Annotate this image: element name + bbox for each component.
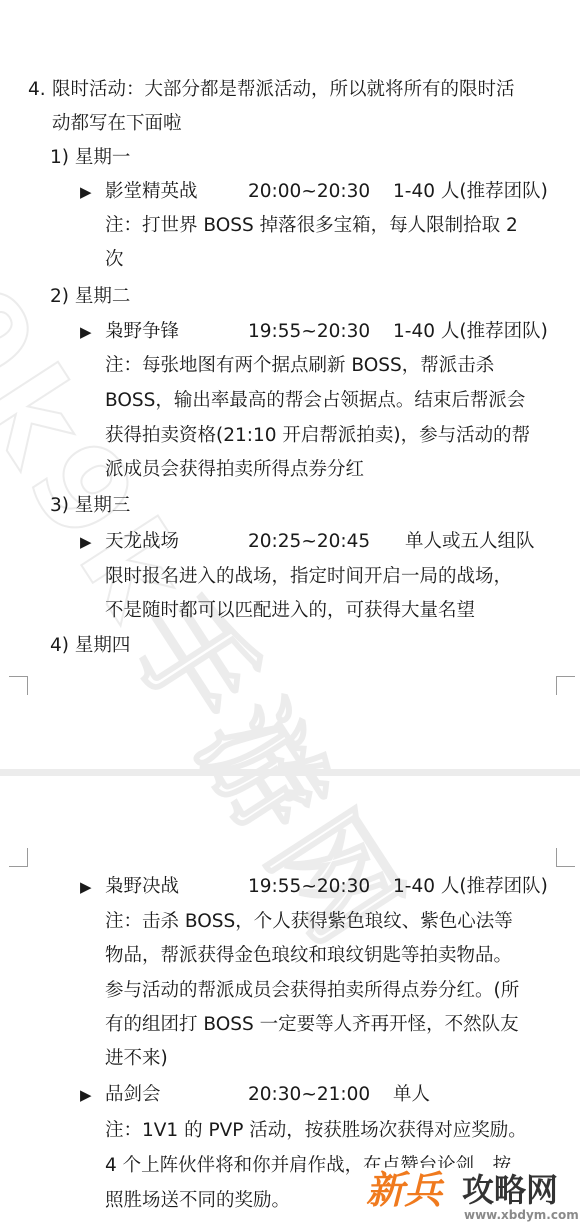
section-title-line1: 限时活动：大部分都是帮派活动，所以就将所有的限时活 [52, 78, 515, 102]
event-time: 19:55~20:30 [248, 875, 370, 899]
bullet-icon: ▶ [80, 180, 92, 204]
day-label-wednesday: 3) 星期三 [50, 494, 130, 518]
event-note-line: 注：打世界 BOSS 掉落很多宝箱，每人限制拾取 2 [105, 214, 518, 238]
logo-orange-text: 新兵 [366, 1168, 442, 1212]
event-note-line: 注：1V1 的 PVP 活动，按获胜场次获得对应奖励。 [105, 1119, 527, 1143]
event-time: 20:25~20:45 [248, 530, 370, 554]
day-label-monday: 1) 星期一 [50, 146, 130, 170]
section-title-line2: 动都写在下面啦 [52, 112, 182, 136]
event-note-line: 限时报名进入的战场，指定时间开启一局的战场， [105, 565, 512, 589]
page-corner-mark [556, 848, 575, 867]
event-players: 单人 [393, 1083, 430, 1107]
event-note-line: 派成员会获得拍卖所得点券分红 [105, 458, 364, 482]
page-corner-mark [9, 848, 28, 867]
event-note-line: 注：击杀 BOSS，个人获得紫色琅纹、紫色心法等 [105, 910, 513, 934]
day-label-thursday: 4) 星期四 [50, 634, 130, 658]
page-corner-mark [9, 676, 28, 695]
event-note-line: 照胜场送不同的奖励。 [105, 1189, 290, 1213]
event-players: 1-40 人(推荐团队) [393, 875, 548, 899]
event-time: 20:30~21:00 [248, 1083, 370, 1107]
day-label-tuesday: 2) 星期二 [50, 285, 130, 309]
event-players: 1-40 人(推荐团队) [393, 180, 548, 204]
event-name: 影堂精英战 [105, 180, 198, 204]
logo-dark-text: 攻略网 [462, 1168, 558, 1212]
event-note-line: 有的组团打 BOSS 一定要等人齐再开怪，不然队友 [105, 1013, 519, 1037]
bullet-icon: ▶ [80, 1083, 92, 1107]
page-separator [0, 769, 580, 776]
site-logo: 新兵 攻略网 www.xbdym.com [366, 1168, 580, 1224]
page-corner-mark [556, 676, 575, 695]
event-name: 枭野争锋 [105, 320, 179, 344]
event-note-line: 次 [105, 248, 124, 272]
event-name: 天龙战场 [105, 530, 179, 554]
event-players: 1-40 人(推荐团队) [393, 320, 548, 344]
bullet-icon: ▶ [80, 320, 92, 344]
event-note-line: 获得拍卖资格(21:10 开启帮派拍卖)，参与活动的帮 [105, 424, 530, 448]
bullet-icon: ▶ [80, 875, 92, 899]
event-name: 品剑会 [105, 1083, 161, 1107]
event-note-line: 物品，帮派获得金色琅纹和琅纹钥匙等拍卖物品。 [105, 944, 512, 968]
event-name: 枭野决战 [105, 875, 179, 899]
event-note-line: 进不来) [105, 1047, 168, 1071]
event-time: 19:55~20:30 [248, 320, 370, 344]
bullet-icon: ▶ [80, 530, 92, 554]
event-note-line: 参与活动的帮派成员会获得拍卖所得点券分红。(所 [105, 979, 519, 1003]
event-players: 单人或五人组队 [405, 530, 535, 554]
section-number: 4. [28, 78, 46, 102]
event-note-line: BOSS，输出率最高的帮会占领据点。结束后帮派会 [105, 389, 525, 413]
logo-url: www.xbdym.com [464, 1208, 579, 1222]
event-note-line: 注：每张地图有两个据点刷新 BOSS，帮派击杀 [105, 354, 494, 378]
event-time: 20:00~20:30 [248, 180, 370, 204]
event-note-line: 不是随时都可以匹配进入的，可获得大量名望 [105, 599, 475, 623]
